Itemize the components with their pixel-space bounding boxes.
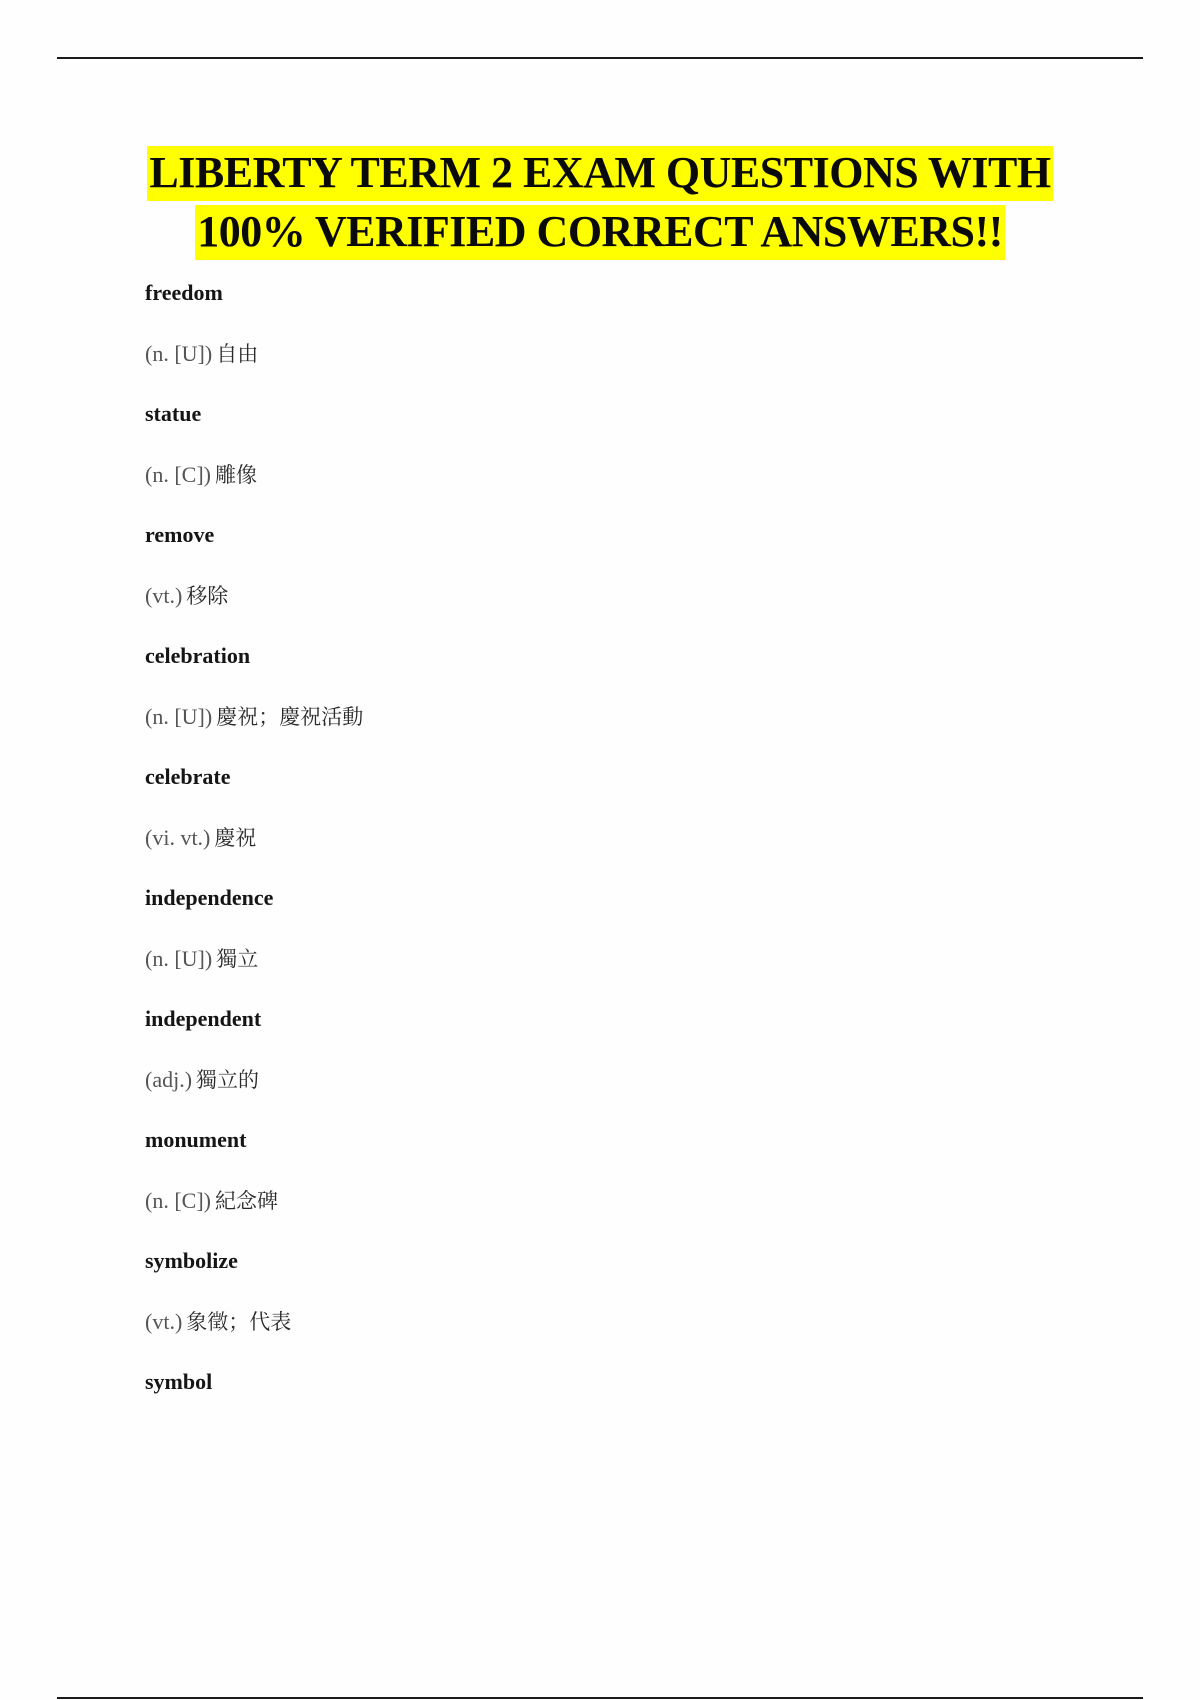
part-of-speech: (vt.) [145,1309,182,1334]
vocab-entry-monument: monument (n. [C])紀念碑 [145,1123,363,1244]
chinese-meaning: 獨立的 [196,1068,259,1092]
vocab-definition: (n. [U])獨立 [145,942,363,1003]
chinese-meaning: 獨立 [216,947,258,971]
vocab-entry-symbolize: symbolize (vt.)象徵；代表 [145,1244,363,1365]
vocab-entry-independence: independence (n. [U])獨立 [145,881,363,1002]
part-of-speech: (n. [U]) [145,946,212,971]
vocab-term: symbolize [145,1244,363,1305]
chinese-meaning: 紀念碑 [215,1189,278,1213]
footer-rule [57,1697,1143,1699]
chinese-meaning: 慶祝；慶祝活動 [216,705,363,729]
vocab-entry-remove: remove (vt.)移除 [145,518,363,639]
vocab-definition: (n. [U])自由 [145,337,363,398]
vocab-term: freedom [145,276,363,337]
chinese-meaning: 雕像 [215,463,257,487]
vocab-term: symbol [145,1365,363,1426]
title-line-1: LIBERTY TERM 2 EXAM QUESTIONS WITH [147,146,1052,201]
vocab-definition: (n. [C])雕像 [145,458,363,519]
vocab-entry-statue: statue (n. [C])雕像 [145,397,363,518]
vocab-term: celebration [145,639,363,700]
chinese-meaning: 慶祝 [214,826,256,850]
vocab-entry-symbol: symbol [145,1365,363,1426]
vocab-definition: (n. [U])慶祝；慶祝活動 [145,700,363,761]
vocab-definition: (vt.)移除 [145,579,363,640]
chinese-meaning: 自由 [216,342,258,366]
vocab-definition: (vi. vt.)慶祝 [145,821,363,882]
vocab-definition: (n. [C])紀念碑 [145,1184,363,1245]
part-of-speech: (n. [U]) [145,704,212,729]
part-of-speech: (vi. vt.) [145,825,210,850]
header-rule [57,57,1143,59]
vocab-entry-celebrate: celebrate (vi. vt.)慶祝 [145,760,363,881]
part-of-speech: (adj.) [145,1067,192,1092]
part-of-speech: (vt.) [145,583,182,608]
vocab-term: statue [145,397,363,458]
vocab-entry-freedom: freedom (n. [U])自由 [145,276,363,397]
part-of-speech: (n. [C]) [145,1188,211,1213]
vocab-term: monument [145,1123,363,1184]
part-of-speech: (n. [U]) [145,341,212,366]
vocab-definition: (adj.)獨立的 [145,1063,363,1124]
vocab-definition: (vt.)象徵；代表 [145,1305,363,1366]
part-of-speech: (n. [C]) [145,462,211,487]
document-title: LIBERTY TERM 2 EXAM QUESTIONS WITH 100% … [0,143,1200,261]
vocab-term: remove [145,518,363,579]
vocab-term: celebrate [145,760,363,821]
vocabulary-list: freedom (n. [U])自由 statue (n. [C])雕像 rem… [145,276,363,1426]
vocab-term: independent [145,1002,363,1063]
chinese-meaning: 象徵；代表 [186,1310,291,1334]
vocab-term: independence [145,881,363,942]
chinese-meaning: 移除 [186,584,228,608]
vocab-entry-independent: independent (adj.)獨立的 [145,1002,363,1123]
title-line-2: 100% VERIFIED CORRECT ANSWERS!! [195,205,1005,260]
vocab-entry-celebration: celebration (n. [U])慶祝；慶祝活動 [145,639,363,760]
